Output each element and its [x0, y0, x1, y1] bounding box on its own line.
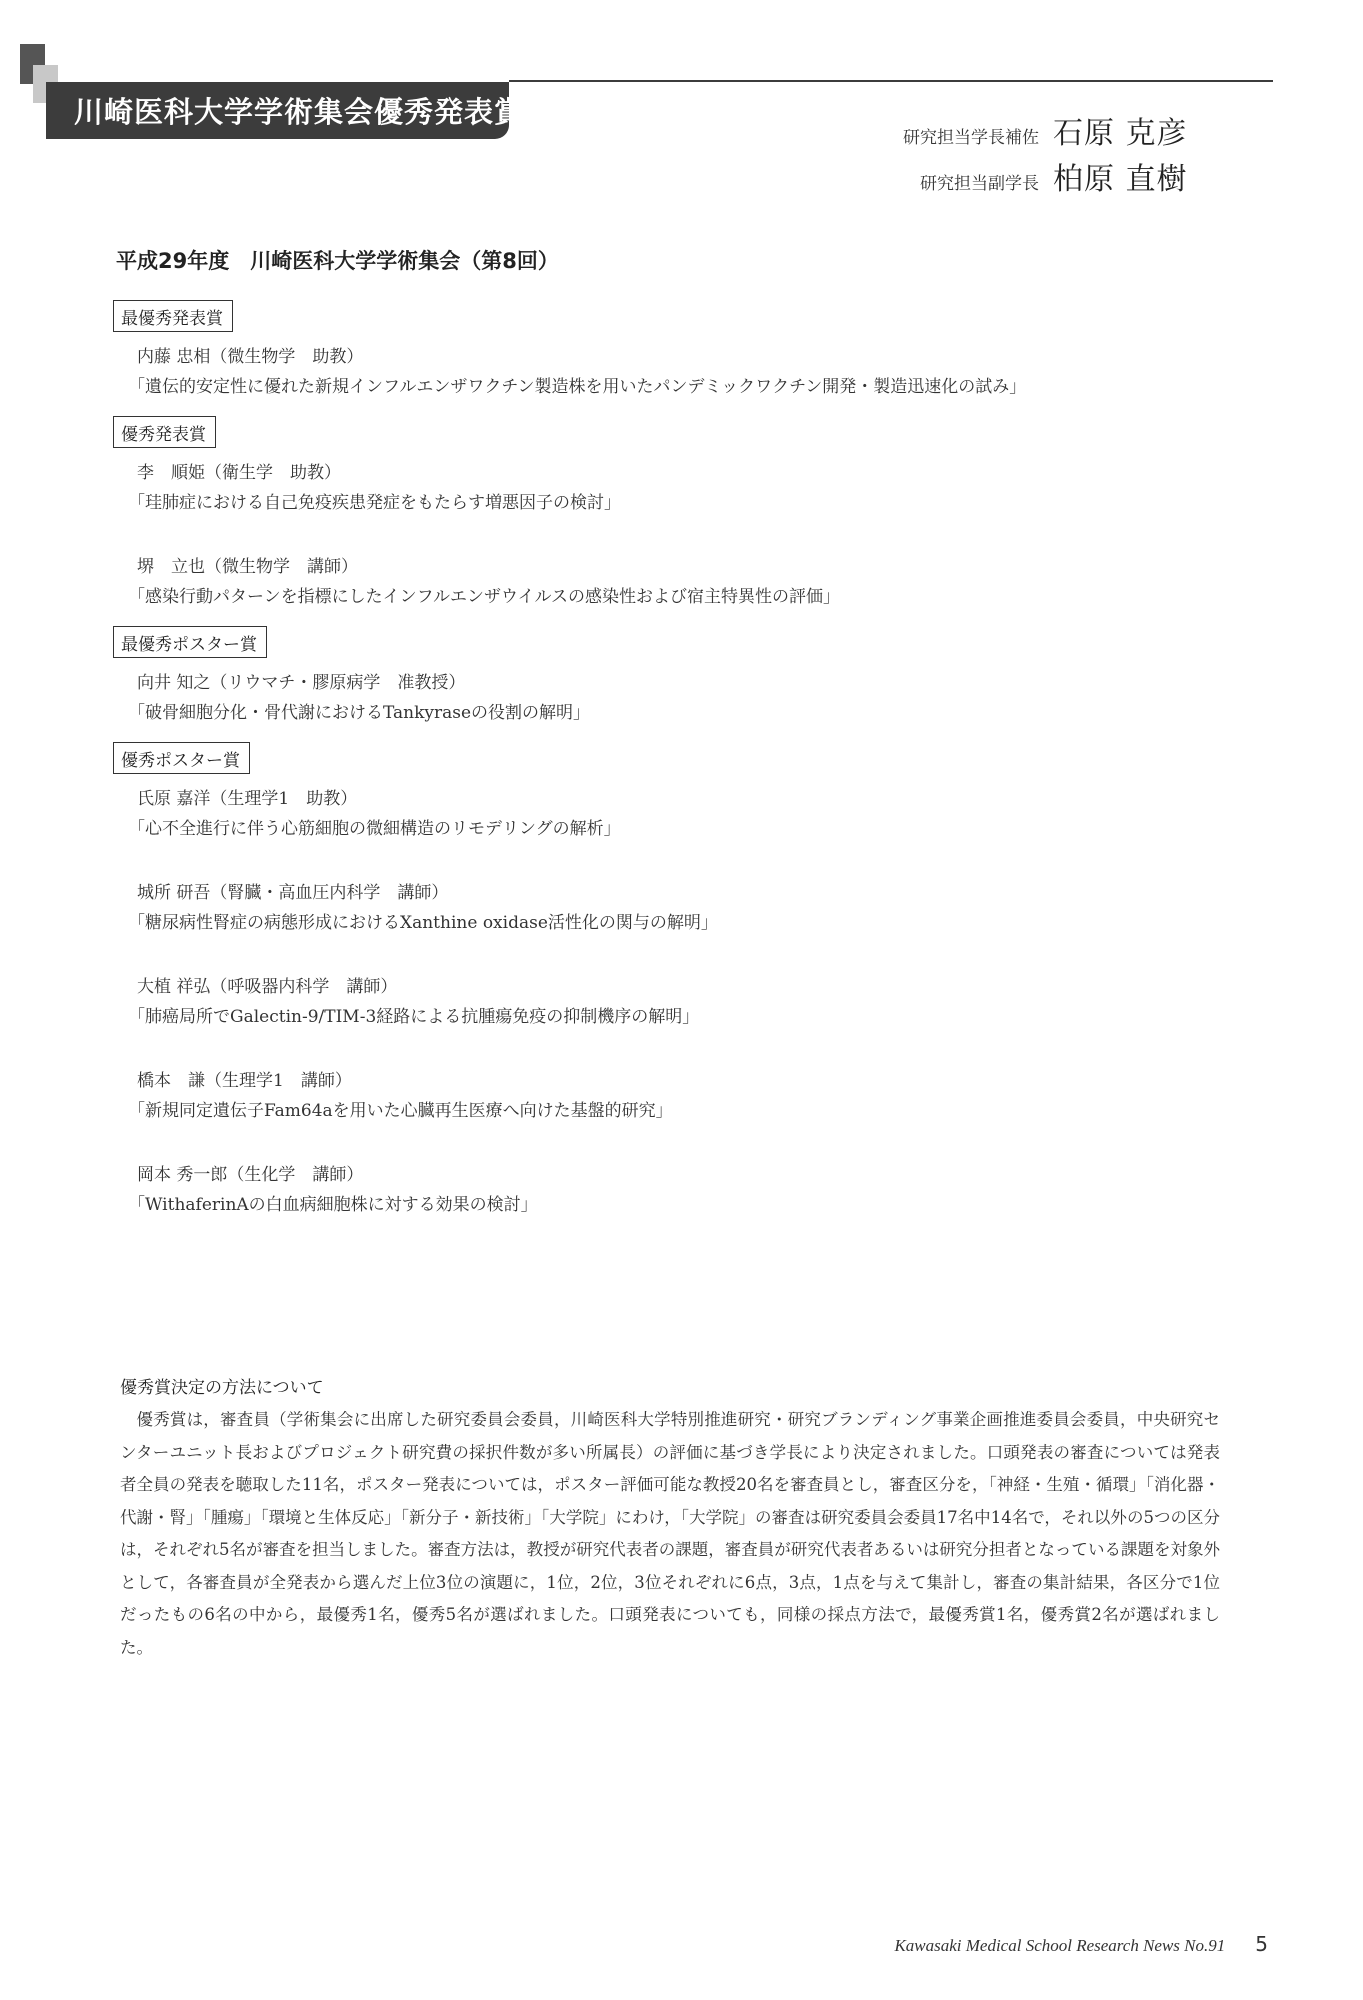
winner-name: 大植 祥弘（呼吸器内科学 講師） [137, 972, 1233, 1002]
section-heading: 優秀賞決定の方法について [120, 1373, 1220, 1398]
winner-item: 城所 研吾（腎臓・高血圧内科学 講師） 「糖尿病性腎症の病態形成におけるXant… [137, 878, 1233, 938]
presentation-title: 「感染行動パターンを指標にしたインフルエンザウイルスの感染性および宿主特異性の評… [128, 582, 1233, 612]
presentation-title: 「心不全進行に伴う心筋細胞の微細構造のリモデリングの解析」 [128, 814, 1233, 844]
winner-item: 橋本 謙（生理学1 講師） 「新規同定遺伝子Fam64aを用いた心臓再生医療へ向… [137, 1066, 1233, 1126]
award-section-excellent-poster: 優秀ポスター賞 氏原 嘉洋（生理学1 助教） 「心不全進行に伴う心筋細胞の微細構… [113, 742, 1233, 1220]
award-section-excellent-presentation: 優秀発表賞 李 順姫（衛生学 助教） 「珪肺症における自己免疫疾患発症をもたらす… [113, 416, 1233, 612]
winner-item: 氏原 嘉洋（生理学1 助教） 「心不全進行に伴う心筋細胞の微細構造のリモデリング… [137, 784, 1233, 844]
author-row: 研究担当学長補佐 石原 克彦 [903, 108, 1203, 154]
award-label: 最優秀発表賞 [113, 300, 233, 332]
award-section-top-poster: 最優秀ポスター賞 向井 知之（リウマチ・膠原病学 准教授） 「破骨細胞分化・骨代… [113, 626, 1233, 728]
winner-name: 堺 立也（微生物学 講師） [137, 552, 1233, 582]
winner-item: 李 順姫（衛生学 助教） 「珪肺症における自己免疫疾患発症をもたらす増悪因子の検… [137, 458, 1233, 518]
presentation-title: 「破骨細胞分化・骨代謝におけるTankyraseの役割の解明」 [128, 698, 1233, 728]
presentation-title: 「遺伝的安定性に優れた新規インフルエンザワクチン製造株を用いたパンデミックワクチ… [128, 372, 1233, 402]
presentation-title: 「新規同定遺伝子Fam64aを用いた心臓再生医療へ向けた基盤的研究」 [128, 1096, 1233, 1126]
winner-item: 大植 祥弘（呼吸器内科学 講師） 「肺癌局所でGalectin-9/TIM-3経… [137, 972, 1233, 1032]
presentation-title: 「珪肺症における自己免疫疾患発症をもたらす増悪因子の検討」 [128, 488, 1233, 518]
presentation-title: 「肺癌局所でGalectin-9/TIM-3経路による抗腫瘍免疫の抑制機序の解明… [128, 1002, 1233, 1032]
event-title: 平成29年度 川崎医科大学学術集会（第8回） [116, 245, 559, 275]
page-title: 川崎医科大学学術集会優秀発表賞の報告 [46, 90, 614, 131]
presentation-title: 「糖尿病性腎症の病態形成におけるXanthine oxidase活性化の関与の解… [128, 908, 1233, 938]
page-number: 5 [1255, 1932, 1268, 1956]
winner-name: 城所 研吾（腎臓・高血圧内科学 講師） [137, 878, 1233, 908]
winner-name: 氏原 嘉洋（生理学1 助教） [137, 784, 1233, 814]
winner-name: 橋本 謙（生理学1 講師） [137, 1066, 1233, 1096]
selection-method-section: 優秀賞決定の方法について 優秀賞は，審査員（学術集会に出席した研究委員会委員，川… [120, 1373, 1220, 1664]
page-footer: Kawasaki Medical School Research News No… [894, 1932, 1268, 1956]
winner-item: 岡本 秀一郎（生化学 講師） 「WithaferinAの白血病細胞株に対する効果… [137, 1160, 1233, 1220]
title-banner: 川崎医科大学学術集会優秀発表賞の報告 [46, 82, 509, 139]
winner-item: 向井 知之（リウマチ・膠原病学 准教授） 「破骨細胞分化・骨代謝におけるTank… [137, 668, 1233, 728]
author-role: 研究担当学長補佐 [903, 123, 1039, 148]
journal-name: Kawasaki Medical School Research News No… [894, 1936, 1225, 1956]
winner-name: 向井 知之（リウマチ・膠原病学 准教授） [137, 668, 1233, 698]
award-label: 優秀ポスター賞 [113, 742, 250, 774]
winner-name: 李 順姫（衛生学 助教） [137, 458, 1233, 488]
winner-name: 岡本 秀一郎（生化学 講師） [137, 1160, 1233, 1190]
section-body: 優秀賞は，審査員（学術集会に出席した研究委員会委員，川崎医科大学特別推進研究・研… [120, 1404, 1220, 1664]
header-rule [509, 80, 1273, 82]
author-row: 研究担当副学長 柏原 直樹 [903, 154, 1203, 200]
winner-item: 堺 立也（微生物学 講師） 「感染行動パターンを指標にしたインフルエンザウイルス… [137, 552, 1233, 612]
winner-item: 内藤 忠相（微生物学 助教） 「遺伝的安定性に優れた新規インフルエンザワクチン製… [137, 342, 1233, 402]
author-name: 石原 克彦 [1053, 108, 1203, 152]
award-label: 最優秀ポスター賞 [113, 626, 267, 658]
author-name: 柏原 直樹 [1053, 154, 1203, 198]
presentation-title: 「WithaferinAの白血病細胞株に対する効果の検討」 [128, 1190, 1233, 1220]
author-role: 研究担当副学長 [920, 169, 1039, 194]
award-section-top-presentation: 最優秀発表賞 内藤 忠相（微生物学 助教） 「遺伝的安定性に優れた新規インフルエ… [113, 300, 1233, 402]
award-label: 優秀発表賞 [113, 416, 216, 448]
winner-name: 内藤 忠相（微生物学 助教） [137, 342, 1233, 372]
awards-list: 最優秀発表賞 内藤 忠相（微生物学 助教） 「遺伝的安定性に優れた新規インフルエ… [113, 300, 1233, 1234]
authors-block: 研究担当学長補佐 石原 克彦 研究担当副学長 柏原 直樹 [903, 108, 1203, 200]
